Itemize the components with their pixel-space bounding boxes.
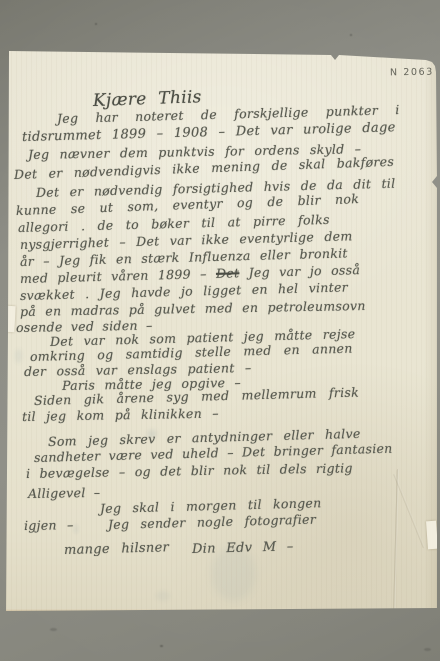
paper-tear [426, 521, 438, 550]
letter-line: Alligevel – [28, 487, 101, 501]
dust-speck [160, 645, 163, 647]
strike-line-post: Jeg var jo osså [248, 262, 360, 280]
letter-line: på en madras på gulvet med en petroleums… [20, 300, 366, 319]
dust-speck [95, 23, 97, 25]
ink-stain [74, 524, 78, 534]
ink-stain [15, 349, 22, 363]
strikethrough-word: Det [216, 265, 240, 281]
dust-speck [50, 628, 57, 631]
paper-crease [393, 469, 398, 611]
paper-crease [393, 474, 424, 549]
letter-line: Jeg sender nogle fotografier [108, 514, 316, 532]
letter-line: til jeg kom på klinikken – [22, 408, 219, 424]
letter-closing: mange hilsner [64, 541, 169, 557]
letter-signature: Din Edv M – [192, 540, 294, 556]
letter-paper: N 2063 Kjære Thiis Jeg har noteret de fo… [6, 51, 438, 613]
archive-number: N 2063 [390, 67, 434, 79]
letter-line: i bevægelse – og det blir nok til dels r… [26, 462, 353, 480]
ink-stain [156, 591, 170, 601]
letter-line: igjen – [24, 519, 74, 532]
dust-speck [350, 34, 352, 36]
dust-speck [424, 648, 431, 651]
